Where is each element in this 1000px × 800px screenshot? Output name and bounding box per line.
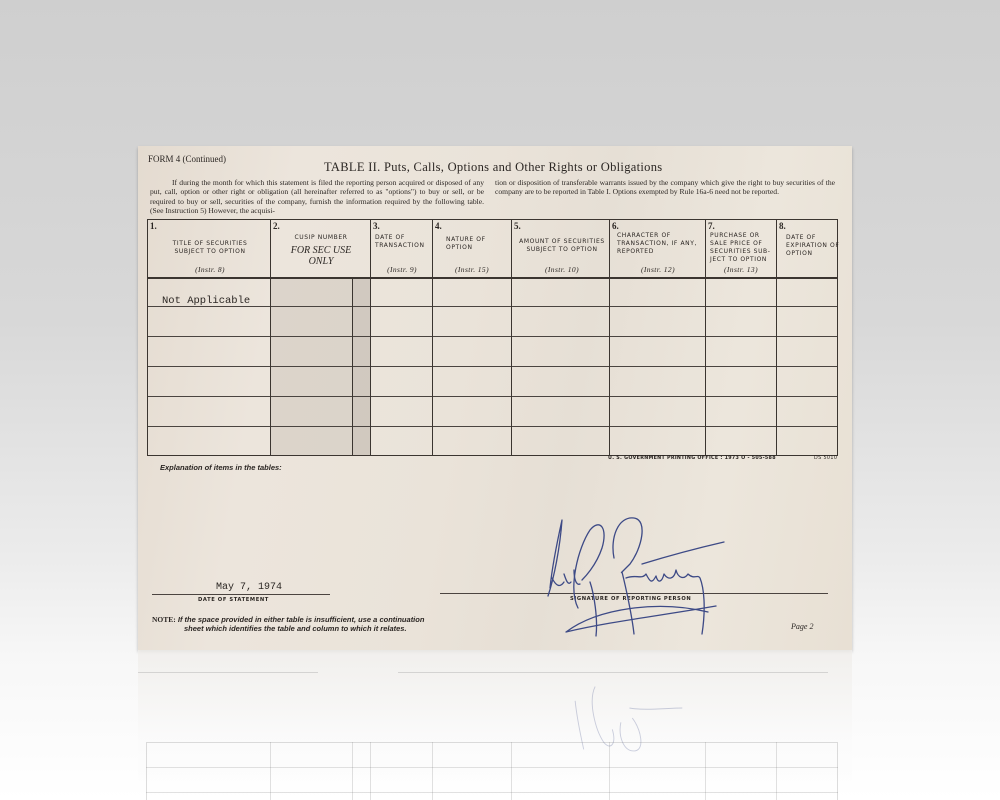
reflection-col: [432, 742, 433, 800]
date-of-statement-value: May 7, 1974: [216, 582, 282, 593]
gpo-imprint: U. S. GOVERNMENT PRINTING OFFICE : 1973 …: [608, 456, 776, 461]
reflection-col: [609, 742, 610, 800]
col-divider: [511, 220, 512, 455]
reflection-col: [370, 742, 371, 800]
col-3-header: DATE OF TRANSACTION: [375, 234, 431, 250]
reflection-col: [705, 742, 706, 800]
col-divider: [776, 220, 777, 455]
col-divider: [370, 220, 371, 455]
col-1-header: TITLE OF SECURITIES SUBJECT TO OPTION: [166, 240, 254, 256]
sec-use-only-note: FOR SEC USE ONLY: [288, 245, 354, 267]
date-of-statement-label: DATE OF STATEMENT: [198, 597, 318, 603]
col-7-instr: (Instr. 13): [706, 265, 776, 274]
header-divider: [148, 277, 837, 279]
col-3-instr: (Instr. 9): [372, 265, 432, 274]
form-number: DS 5010: [814, 456, 837, 461]
reflection-col: [352, 742, 353, 800]
col-4-number: 4.: [435, 221, 442, 231]
form-label: FORM 4 (Continued): [148, 154, 226, 164]
document-reflection: [138, 650, 852, 800]
reflection-table: [146, 742, 838, 800]
intro-text-right: tion or disposition of transferable warr…: [495, 178, 835, 197]
row-1-title-cell: Not Applicable: [162, 295, 250, 307]
reflection-col: [511, 742, 512, 800]
col-5-header: AMOUNT OF SECURITIES SUBJECT TO OPTION: [514, 238, 610, 254]
col-5-number: 5.: [514, 221, 521, 231]
col-divider-sec: [352, 279, 353, 455]
note-label: NOTE:: [152, 615, 176, 624]
col-2-header: CUSIP NUMBER: [272, 234, 370, 242]
col-4-instr: (Instr. 15): [434, 265, 510, 274]
page-number: Page 2: [791, 622, 813, 631]
col-6-header: CHARACTER OF TRANSACTION, IF ANY, REPORT…: [617, 232, 705, 256]
form-document: FORM 4 (Continued) TABLE II. Puts, Calls…: [138, 146, 852, 650]
row-divider: [148, 336, 837, 337]
signature-icon: [538, 508, 738, 648]
col-divider: [609, 220, 610, 455]
col-6-number: 6.: [612, 221, 619, 231]
table-title: TABLE II. Puts, Calls, Options and Other…: [324, 160, 662, 175]
row-divider: [148, 396, 837, 397]
row-divider: [148, 306, 837, 307]
col-2-number: 2.: [273, 221, 280, 231]
explanation-label: Explanation of items in the tables:: [160, 463, 282, 472]
col-7-header: PURCHASE OR SALE PRICE OF SECURITIES SUB…: [710, 232, 776, 264]
col-1-instr: (Instr. 8): [158, 265, 262, 274]
col-5-instr: (Instr. 10): [514, 265, 610, 274]
row-divider: [148, 426, 837, 427]
reflection-col: [270, 742, 271, 800]
row-divider: [148, 366, 837, 367]
note-line-1: If the space provided in either table is…: [178, 615, 425, 624]
col-8-number: 8.: [779, 221, 786, 231]
col-3-number: 3.: [373, 221, 380, 231]
col-1-number: 1.: [150, 221, 157, 231]
continuation-note: NOTE: If the space provided in either ta…: [152, 615, 424, 633]
col-divider: [432, 220, 433, 455]
col-7-number: 7.: [708, 221, 715, 231]
col-divider: [705, 220, 706, 455]
reflection-col: [776, 742, 777, 800]
col-6-instr: (Instr. 12): [611, 265, 705, 274]
intro-text-left: If during the month for which this state…: [150, 178, 484, 216]
options-table: 1. TITLE OF SECURITIES SUBJECT TO OPTION…: [147, 219, 838, 456]
col-divider: [270, 220, 271, 455]
col-4-header: NATURE OF OPTION: [446, 236, 506, 252]
date-line: [152, 594, 330, 595]
note-line-2: sheet which identifies the table and col…: [152, 624, 424, 633]
col-8-header: DATE OF EXPIRATION OF OPTION: [786, 234, 840, 258]
reflection-date-line: [138, 672, 318, 673]
